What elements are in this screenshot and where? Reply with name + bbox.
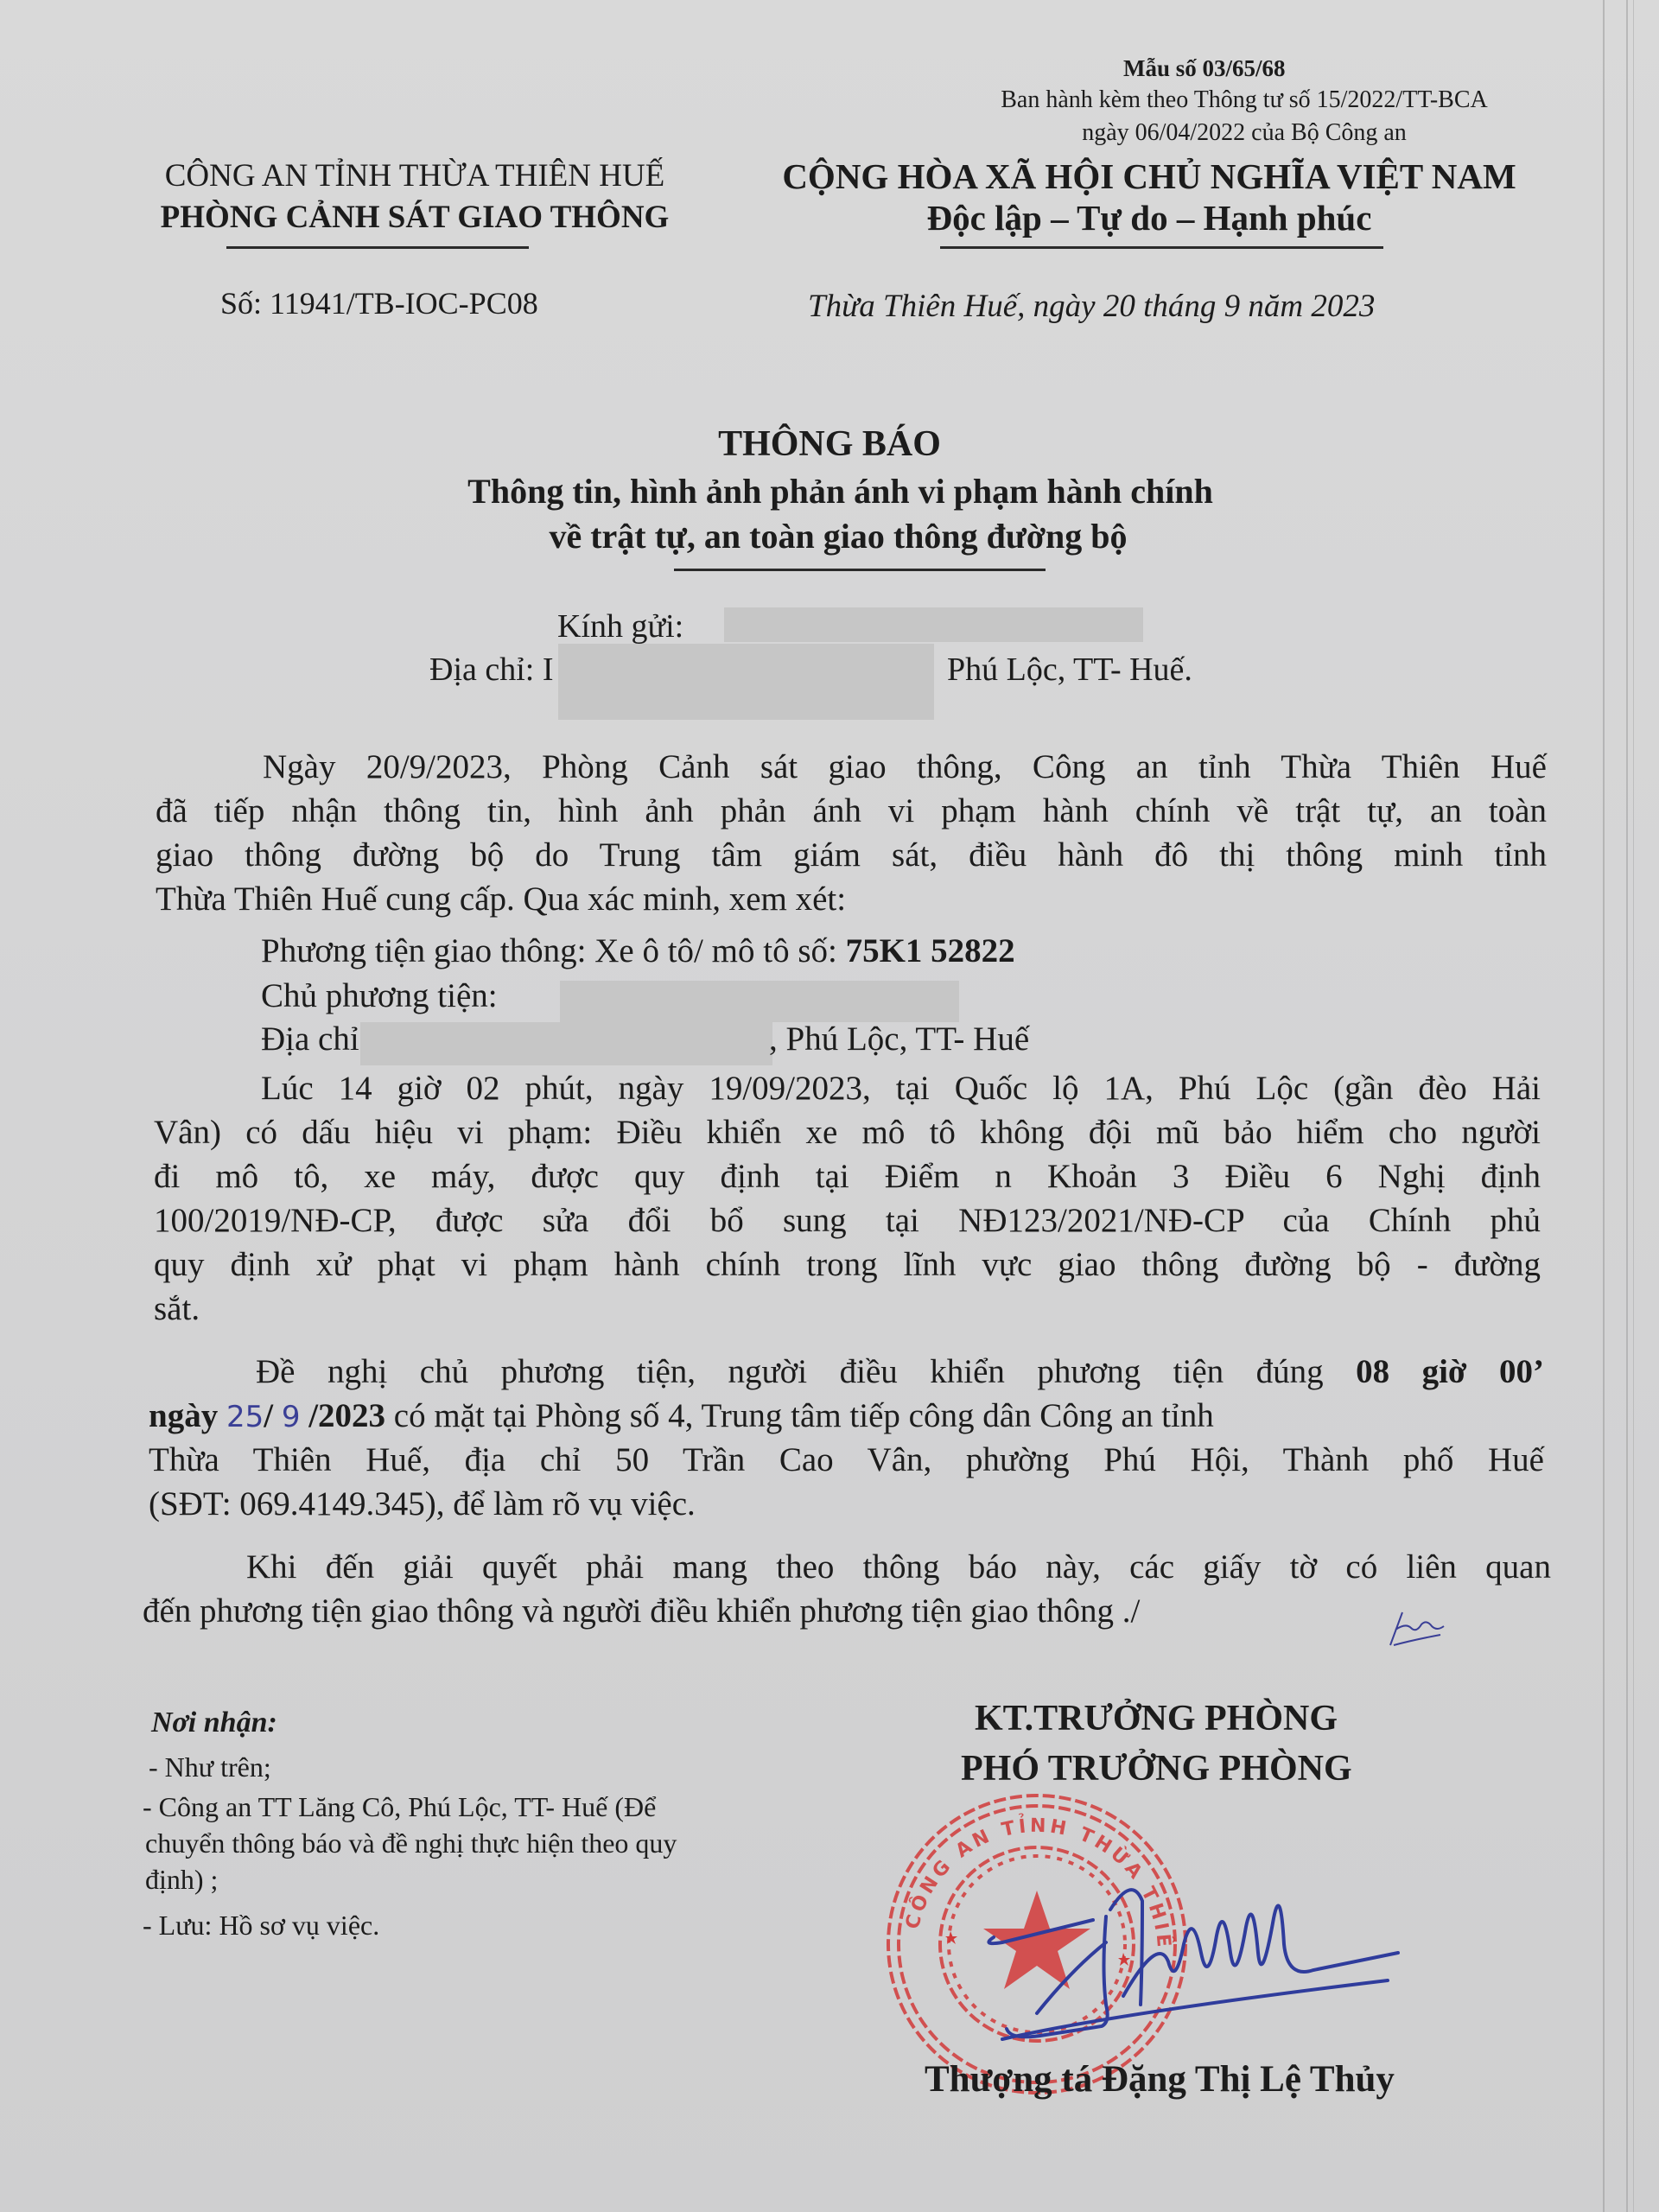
date-prefix: ngày [149,1397,218,1434]
paragraph-line: 100/2019/NĐ-CP, được sửa đổi bổ sung tại… [154,1198,1541,1243]
vehicle-label: Phương tiện giao thông: Xe ô tô/ mô tô s… [261,932,846,969]
paper-edge [1626,0,1628,2212]
paragraph-line: giao thông đường bộ do Trung tâm giám sá… [156,833,1547,877]
redacted-owner [560,981,959,1022]
date-slash: / [264,1397,273,1434]
paragraph-line: sắt. [154,1287,1541,1331]
owner-label: Chủ phương tiện: [261,977,498,1014]
document-title: THÔNG BÁO [0,423,1659,465]
redacted-address [558,644,934,720]
agency-name: CÔNG AN TỈNH THỪA THIÊN HUẾ [121,157,709,194]
recipient-item: định) ; [145,1859,218,1899]
paragraph-line: đi mô tô, xe máy, được quy định tại Điểm… [154,1154,1541,1198]
vehicle-line: Phương tiện giao thông: Xe ô tô/ mô tô s… [261,931,1015,970]
recipient-item: - Lưu: Hồ sơ vụ việc. [143,1905,379,1945]
closing-paragraph: Khi đến giải quyết phải mang theo thông … [143,1545,1551,1633]
paragraph-line: đã tiếp nhận thông tin, hình ảnh phản án… [156,789,1547,833]
handwritten-signature-icon [942,1840,1426,2048]
paper-edge [1603,0,1605,2212]
handwritten-day: 25 [226,1400,264,1434]
paragraph-line: Khi đến giải quyết phải mang theo thông … [143,1545,1551,1589]
paragraph-line: Đề nghị chủ phương tiện, người điều khiể… [149,1350,1544,1394]
address-line: Địa chỉ: I [429,651,554,689]
paragraph-line: đến phương tiện giao thông và người điều… [143,1589,1551,1633]
handwritten-month: 9 [282,1400,301,1434]
paragraph-line: ngày 25/ 9 /2023 có mặt tại Phòng số 4, … [149,1394,1544,1438]
addressee-line: Kính gửi: [557,607,683,645]
appointment-year: /2023 [308,1397,385,1434]
violation-paragraph: Lúc 14 giờ 02 phút, ngày 19/09/2023, tại… [154,1066,1541,1331]
paragraph-line: (SĐT: 069.4149.345), để làm rõ vụ việc. [149,1482,1544,1526]
place-date: Thừa Thiên Huế, ngày 20 tháng 9 năm 2023 [808,288,1375,325]
paper-edge [1633,0,1634,2212]
national-title: CỘNG HÒA XÃ HỘI CHỦ NGHĨA VIỆT NAM [747,156,1551,197]
paragraph-line: Thừa Thiên Huế, địa chỉ 50 Trần Cao Vân,… [149,1438,1544,1482]
motto-underline [940,246,1383,249]
owner-address-line: Địa chỉ: [261,1020,369,1058]
owner-address-label: Địa chỉ: [261,1020,369,1058]
redacted-addressee [724,607,1143,642]
issued-with-line: Ban hành kèm theo Thông tư số 15/2022/TT… [942,86,1547,114]
signing-authority: KT.TRƯỞNG PHÒNG [975,1698,1338,1739]
recipient-item: - Công an TT Lăng Cô, Phú Lộc, TT- Huế (… [143,1787,656,1827]
document-subtitle: về trật tự, an toàn giao thông đường bộ [0,516,1659,556]
paragraph-line: Vân) có dấu hiệu vi phạm: Điều khiển xe … [154,1110,1541,1154]
recipient-item: chuyển thông báo và đề nghị thực hiện th… [145,1823,677,1863]
appointment-time: 08 giờ 00’ [1356,1353,1544,1390]
paragraph-line: quy định xử phạt vi phạm hành chính tron… [154,1243,1541,1287]
request-paragraph: Đề nghị chủ phương tiện, người điều khiể… [149,1350,1544,1526]
request-text: có mặt tại Phòng số 4, Trung tâm tiếp cô… [385,1397,1214,1434]
request-text: Đề nghị chủ phương tiện, người điều khiể… [256,1353,1356,1390]
recipients-title: Nơi nhận: [151,1707,277,1739]
paragraph-line: Ngày 20/9/2023, Phòng Cảnh sát giao thôn… [156,745,1547,789]
owner-address-suffix: , Phú Lộc, TT- Huế [769,1020,1029,1058]
document-subtitle: Thông tin, hình ảnh phản ánh vi phạm hàn… [0,471,1659,512]
initials-mark-icon [1387,1607,1447,1650]
national-motto: Độc lập – Tự do – Hạnh phúc [760,197,1538,238]
department-name: PHÒNG CẢNH SÁT GIAO THÔNG [117,199,713,236]
vehicle-plate: 75K1 52822 [846,932,1015,969]
address-label: Địa chỉ: I [429,652,554,688]
paragraph-line: Thừa Thiên Huế cung cấp. Qua xác minh, x… [156,877,1547,921]
department-underline [226,246,529,249]
form-number: Mẫu số 03/65/68 [1123,55,1286,82]
paragraph-line: Lúc 14 giờ 02 phút, ngày 19/09/2023, tại… [154,1066,1541,1110]
issued-with-line: ngày 06/04/2022 của Bộ Công an [942,119,1547,147]
addressee-label: Kính gửi: [557,608,683,645]
owner-line: Chủ phương tiện: [261,976,498,1015]
signer-name: Thượng tá Đặng Thị Lệ Thủy [925,2058,1395,2101]
redacted-owner-address [360,1022,772,1065]
signer-position: PHÓ TRƯỞNG PHÒNG [961,1748,1352,1789]
title-underline [674,569,1046,571]
recipient-item: - Như trên; [149,1747,271,1787]
address-suffix: Phú Lộc, TT- Huế. [947,651,1192,689]
document-number: Số: 11941/TB-IOC-PC08 [220,285,538,321]
intro-paragraph: Ngày 20/9/2023, Phòng Cảnh sát giao thôn… [156,745,1547,921]
